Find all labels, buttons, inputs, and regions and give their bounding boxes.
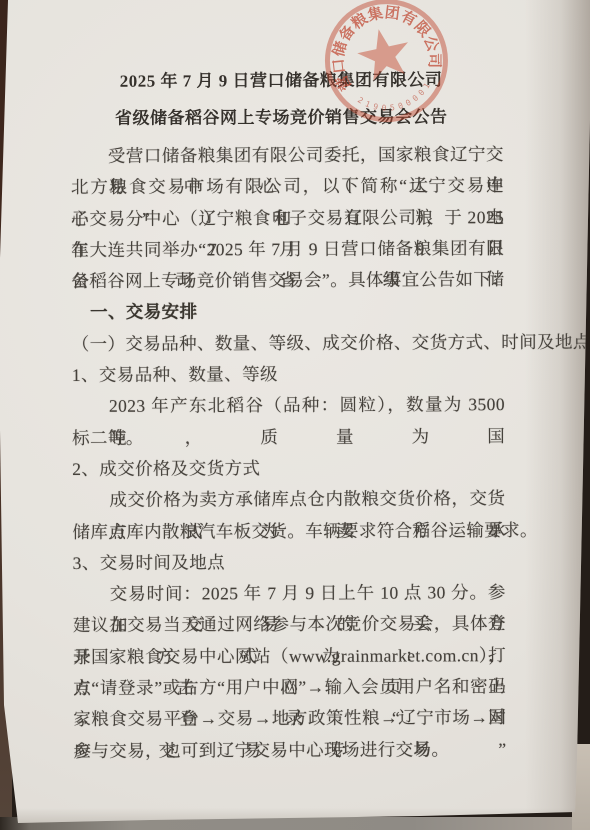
document-body: 受营口储备粮集团有限公司委托，国家粮食辽宁交易中心（大连北方粮食交易市场有限公司… bbox=[71, 139, 507, 767]
document-line: 储库点库内散粮汽车板交货。车辆要求符合稻谷运输要求。 bbox=[72, 515, 505, 548]
document-line: 受营口储备粮集团有限公司委托，国家粮食辽宁交易中心（大连 bbox=[71, 139, 504, 172]
document-line: （一）交易品种、数量、等级、成交价格、交货方式、时间及地点 bbox=[72, 327, 505, 360]
document-line: 家粮食交易平台→交易→地方政策性粮→辽宁市场→对应交易专场” bbox=[73, 702, 506, 735]
star-icon bbox=[353, 24, 414, 83]
document-line: 方“请登录”或右方“用户中心”→输入会员用户名和密码→登录“国 bbox=[73, 671, 506, 704]
document-line: 2、成交价格及交货方式 bbox=[72, 452, 505, 485]
photo-background: 2025 年 7 月 9 日营口储备粮集团有限公司省级储备稻谷网上专场竞价销售交… bbox=[0, 0, 590, 830]
document-line: 在大连共同举办“2025 年 7 月 9 日营口储备粮集团有限公司省级储 bbox=[71, 233, 504, 266]
company-seal: 营口储备粮集团有限公司 2190500001 bbox=[311, 0, 462, 130]
document-line: 交易时间：2025 年 7 月 9 日上午 10 点 30 分。参加交易的买方 bbox=[73, 577, 506, 610]
document-line: 一、交易安排 bbox=[71, 296, 504, 329]
document-line: 开国家粮食交易中心网站（www.grainmarket.com.cn），点击网页… bbox=[73, 640, 506, 673]
document-line: 成交价格为卖方承储库点仓内散粮交货价格，交货方式为卖方承 bbox=[72, 483, 505, 516]
document-line: 子交易分中心（辽宁粮食电子交易有限公司），于 2025 年 7 月 9 日 bbox=[71, 202, 504, 235]
document-line: 1、交易品种、数量、等级 bbox=[72, 358, 505, 391]
document-content: 2025 年 7 月 9 日营口储备粮集团有限公司省级储备稻谷网上专场竞价销售交… bbox=[0, 0, 590, 830]
document-line: 建议在交易当天通过网络参与本次竞价交易会，具体登录方式为：打 bbox=[73, 609, 506, 642]
document-line: 2023 年产东北稻谷（品种：圆粒），数量为 3500 吨，质量为国 bbox=[72, 389, 505, 422]
paper-sheet: 2025 年 7 月 9 日营口储备粮集团有限公司省级储备稻谷网上专场竞价销售交… bbox=[0, 0, 590, 830]
document-line: 参与交易，也可到辽宁交易中心现场进行交易。 bbox=[73, 734, 506, 767]
document-line: 北方粮食交易市场有限公司，以下简称“辽宁交易中心”）和辽粮电 bbox=[71, 170, 504, 203]
document-line: 备稻谷网上专场竞价销售交易会”。具体事宜公告如下： bbox=[71, 264, 504, 297]
document-line: 3、交易时间及地点 bbox=[73, 546, 506, 579]
